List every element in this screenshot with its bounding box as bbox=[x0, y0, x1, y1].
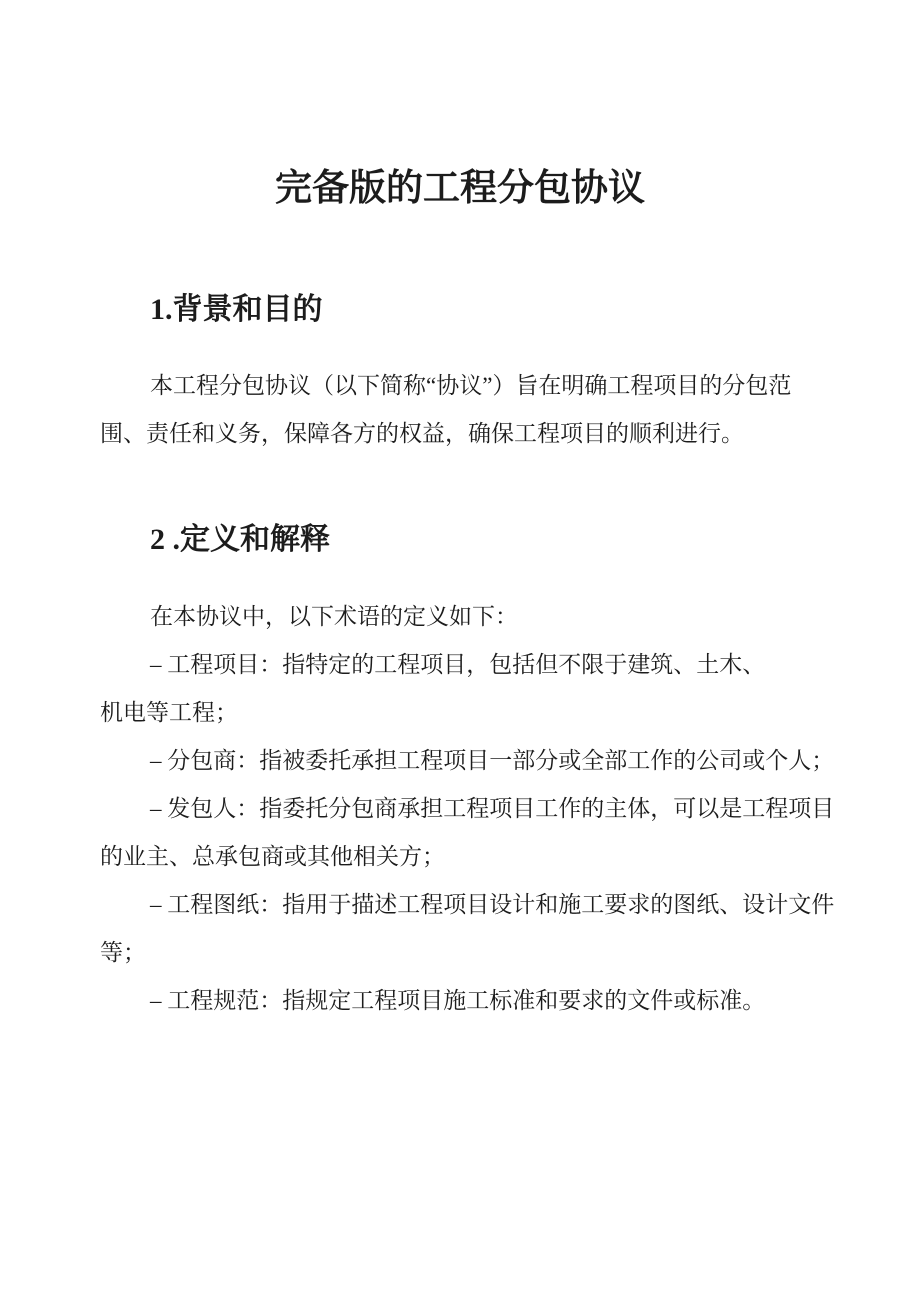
section-1-heading: 1.背景和目的 bbox=[150, 288, 830, 332]
paragraph-line: 在本协议中，以下术语的定义如下： bbox=[100, 593, 824, 641]
definition-line: 的业主、总承包商或其他相关方； bbox=[100, 833, 824, 881]
document-page: 完备版的工程分包协议 1.背景和目的 本工程分包协议（以下简称“协议”）旨在明确… bbox=[0, 0, 920, 1301]
section-2-title: 定义和解释 bbox=[180, 523, 330, 556]
section-1-number: 1. bbox=[150, 293, 173, 326]
paragraph-line: 本工程分包协议（以下简称“协议”）旨在明确工程项目的分包范 bbox=[100, 362, 824, 410]
document-title: 完备版的工程分包协议 bbox=[0, 164, 920, 212]
definition-line: – 工程规范：指规定工程项目施工标准和要求的文件或标准。 bbox=[100, 977, 824, 1025]
paragraph-line: 围、责任和义务，保障各方的权益，确保工程项目的顺利进行。 bbox=[100, 410, 824, 458]
definition-line: – 工程图纸：指用于描述工程项目设计和施工要求的图纸、设计文件 bbox=[100, 881, 824, 929]
section-2-number: 2 . bbox=[150, 523, 180, 556]
definition-line: – 工程项目：指特定的工程项目，包括但不限于建筑、土木、 bbox=[100, 641, 824, 689]
section-1-title: 背景和目的 bbox=[173, 293, 323, 326]
definition-line: – 发包人：指委托分包商承担工程项目工作的主体，可以是工程项目 bbox=[100, 785, 824, 833]
definition-line: 等； bbox=[100, 929, 824, 977]
definition-line: 机电等工程； bbox=[100, 689, 824, 737]
definition-line: – 分包商：指被委托承担工程项目一部分或全部工作的公司或个人； bbox=[100, 737, 824, 785]
section-2-heading: 2 .定义和解释 bbox=[150, 518, 830, 562]
